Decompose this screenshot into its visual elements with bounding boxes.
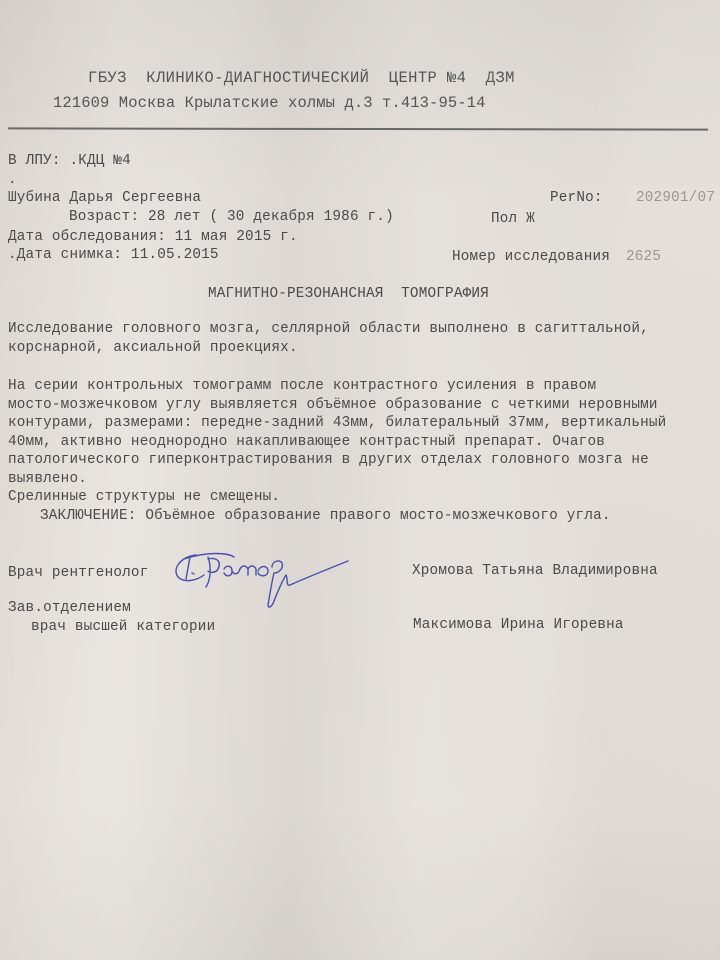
head-name: Максимова Ирина Игоревна — [413, 617, 624, 634]
radiologist-name: Хромова Татьяна Владимировна — [412, 563, 658, 580]
report-title: МАГНИТНО-РЕЗОНАНСНАЯ ТОМОГРАФИЯ — [208, 286, 489, 303]
intro-line: Исследование головного мозга, селлярной … — [8, 321, 649, 338]
intro-line: корснарной, аксиальной проекциях. — [8, 340, 298, 357]
findings-line: Срелинные структуры не смещены. — [8, 489, 280, 506]
findings-line: выявлено. — [8, 471, 87, 488]
head-role-line2: врач высшей категории — [31, 619, 215, 636]
exam-date: Дата обследования: 11 мая 2015 г. — [8, 229, 298, 246]
findings-line: 40мм, активно неоднородно накапливающее … — [8, 434, 605, 451]
study-number-label: Номер исследования — [452, 249, 610, 266]
study-number-value: 2625 — [626, 249, 661, 266]
lpu-line: В ЛПУ: .КДЦ №4 — [8, 153, 131, 170]
header-divider — [8, 127, 708, 130]
handwritten-signature — [168, 547, 368, 617]
institution-address: 121609 Москва Крылатские холмы д.3 т.413… — [53, 95, 485, 112]
perno-value: 202901/07 — [636, 190, 715, 207]
findings-line: На серии контрольных томограмм после кон… — [8, 378, 596, 395]
head-role-line1: Зав.отделением — [8, 600, 131, 617]
perno-label: PerNo: — [550, 190, 603, 207]
findings-line: контурами, размерами: передне-задний 43м… — [8, 415, 666, 432]
patient-sex: Пол Ж — [491, 211, 535, 228]
paper-background — [0, 0, 720, 960]
conclusion: ЗАКЛЮЧЕНИЕ: Объёмное образование правого… — [40, 508, 611, 525]
radiologist-role: Врач рентгенолог — [8, 565, 148, 582]
image-date: .Дата снимка: 11.05.2015 — [8, 247, 219, 264]
institution-name: ГБУЗ КЛИНИКО-ДИАГНОСТИЧЕСКИЙ ЦЕНТР №4 ДЗ… — [88, 70, 515, 87]
findings-line: мосто-мозжечковом углу выявляется объёмн… — [8, 397, 658, 414]
patient-name: Шубина Дарья Сергеевна — [8, 190, 201, 207]
dot-line: . — [8, 172, 17, 189]
findings-line: патологического гиперконтрастирования в … — [8, 452, 649, 469]
patient-age: Возраст: 28 лет ( 30 декабря 1986 г.) — [69, 209, 394, 226]
